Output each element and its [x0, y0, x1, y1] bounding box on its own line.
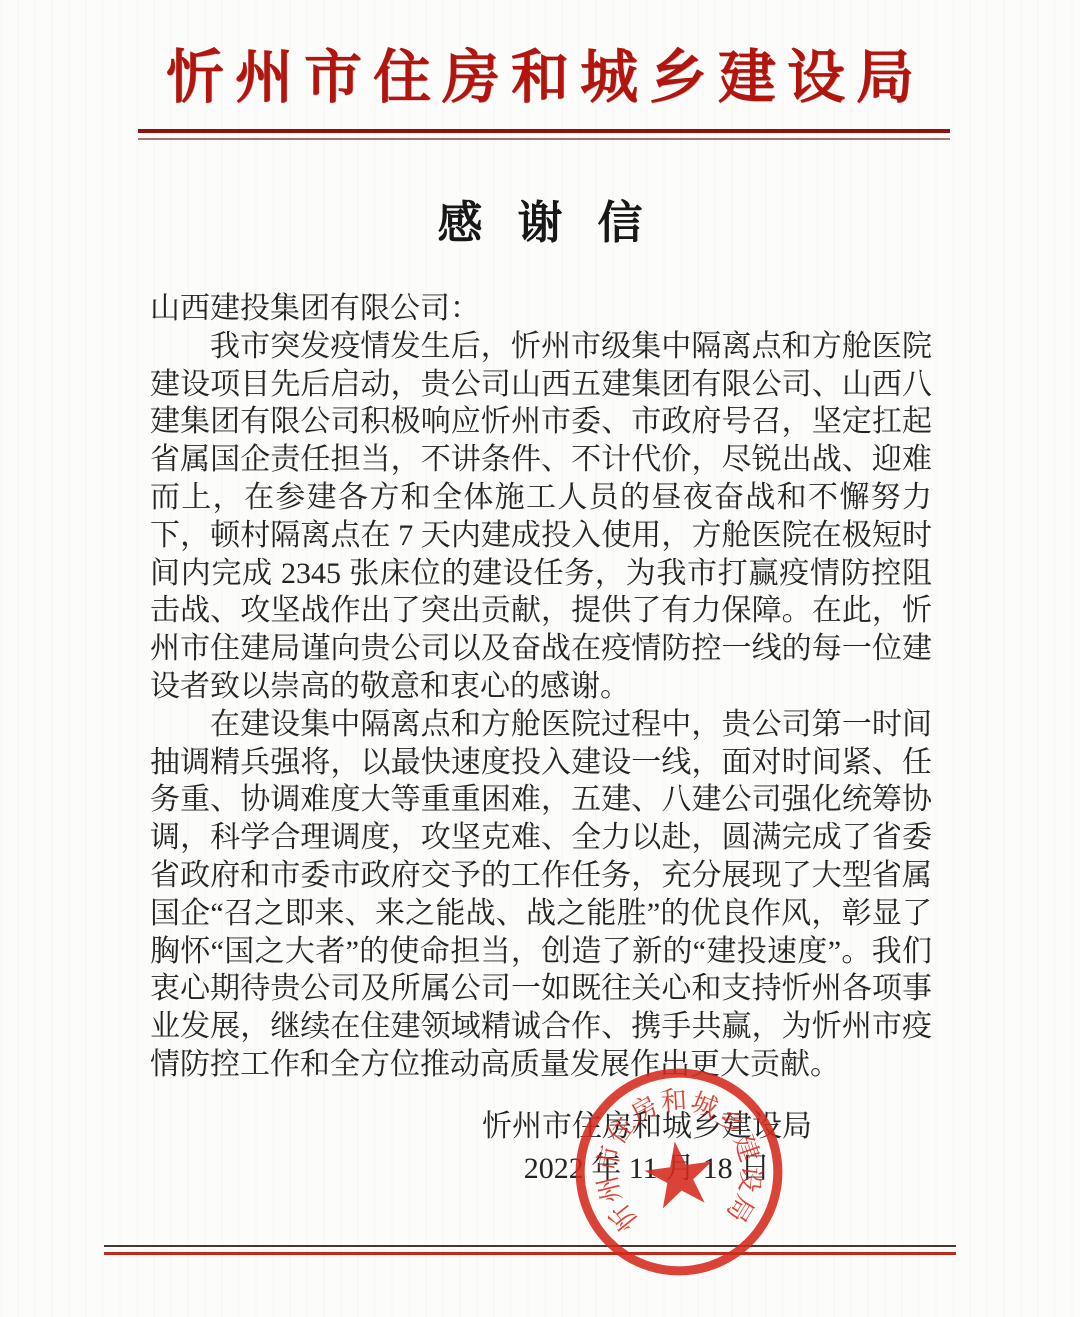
footer-rule	[104, 1245, 956, 1255]
seal-star-icon: ★	[633, 1118, 726, 1231]
letter-page: 忻州市住房和城乡建设局 感谢信 山西建投集团有限公司： 我市突发疫情发生后，忻州…	[0, 0, 1080, 1317]
paragraph-1: 我市突发疫情发生后，忻州市级集中隔离点和方舱医院建设项目先后启动，贵公司山西五建…	[150, 328, 932, 706]
footer-rule-red	[104, 1252, 956, 1255]
official-seal: 忻州市住房和城乡建设局 ★	[548, 1041, 810, 1303]
letter-body: 山西建投集团有限公司： 我市突发疫情发生后，忻州市级集中隔离点和方舱医院建设项目…	[150, 290, 932, 1190]
letter-title: 感谢信	[0, 186, 1080, 251]
salutation: 山西建投集团有限公司：	[150, 290, 932, 328]
letterhead-rule-thin	[138, 138, 950, 140]
letterhead-org-name: 忻州市住房和城乡建设局	[0, 30, 1080, 114]
footer-rule-dark	[104, 1245, 956, 1247]
paragraph-2: 在建设集中隔离点和方舱医院过程中，贵公司第一时间抽调精兵强将，以最快速度投入建设…	[150, 706, 932, 1084]
letterhead-rule-thick	[138, 129, 950, 133]
letterhead-rule	[138, 129, 950, 140]
